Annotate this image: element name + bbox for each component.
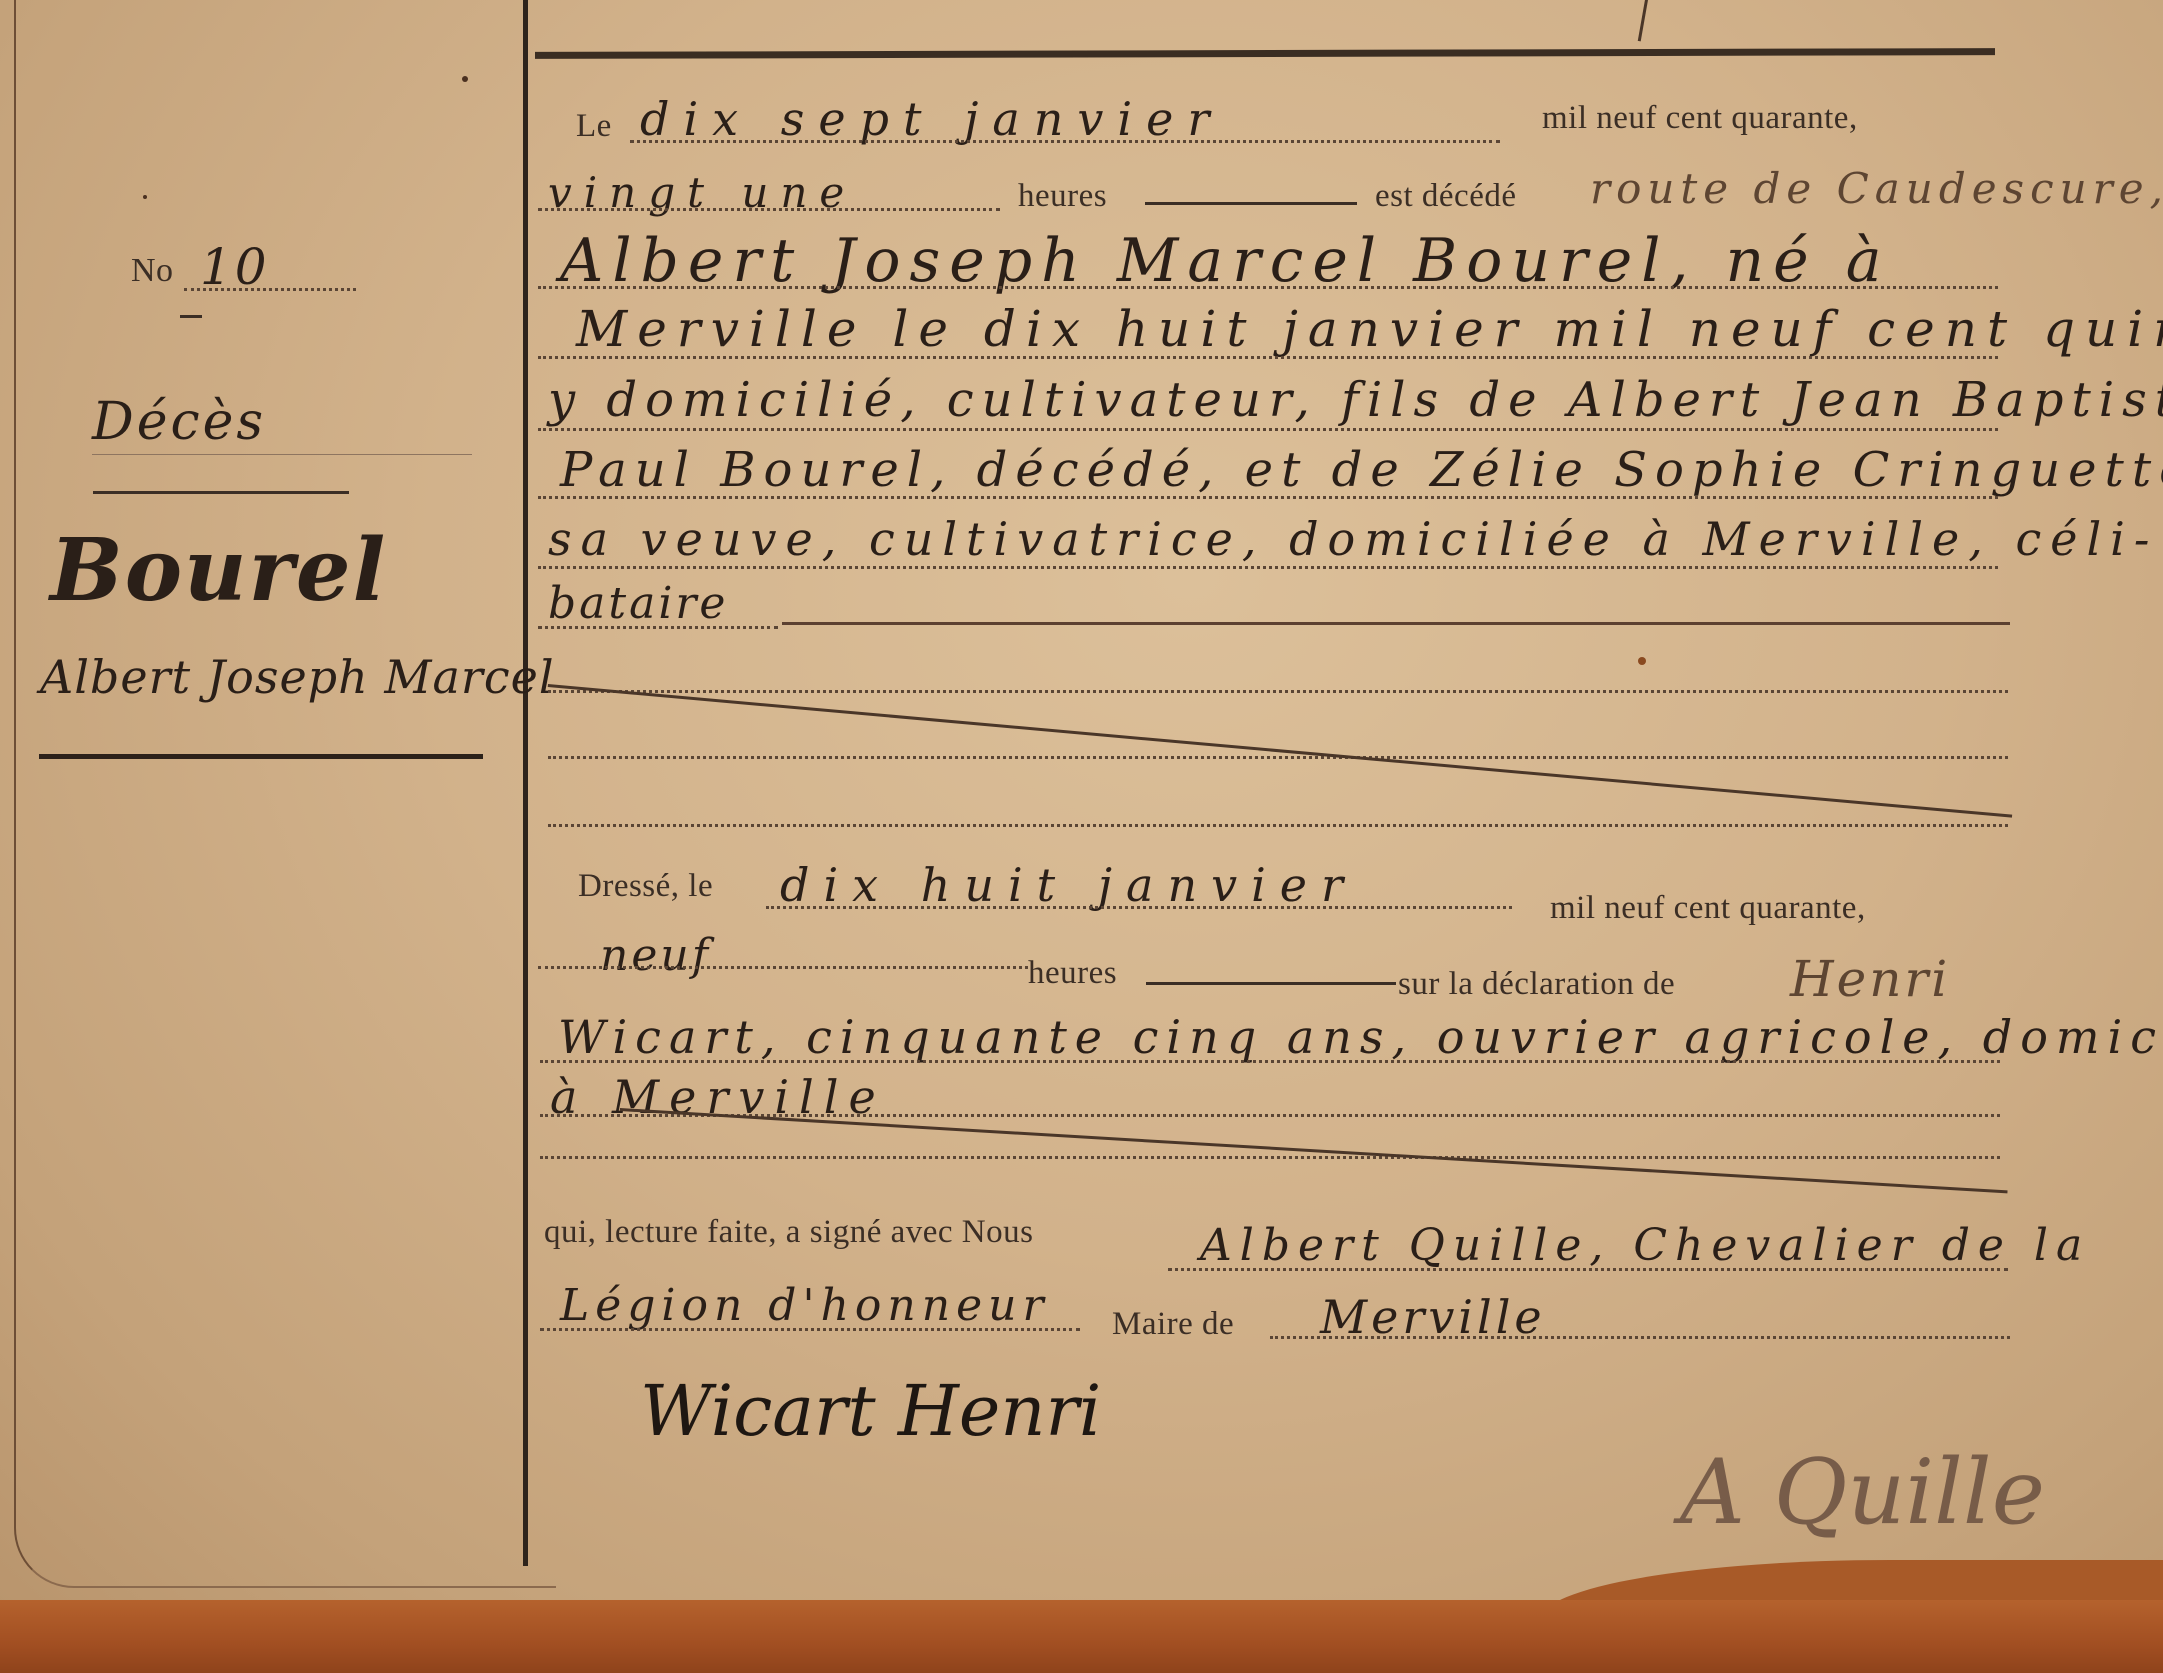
margin-end-rule (39, 754, 483, 759)
mayor-honor: Légion d'honneur (560, 1280, 1050, 1331)
maire-label: Maire de (1112, 1306, 1234, 1343)
mother-line: sa veuve, cultivatrice, domiciliée à Mer… (548, 512, 2158, 566)
dotted-line (538, 966, 1028, 969)
dotted-line (766, 906, 1512, 909)
year-text: mil neuf cent quarante, (1542, 100, 1858, 137)
dotted-line (538, 428, 1998, 431)
record-date: dix huit janvier (780, 858, 1357, 912)
margin-column-border (14, 0, 556, 1588)
mayor-signature: A Quille (1680, 1440, 2045, 1545)
parents-line-1: y domicilié, cultivateur, fils de Albert… (548, 372, 2163, 428)
mayor-name: Albert Quille, Chevalier de la (1200, 1220, 2090, 1271)
dotted-line (540, 1328, 1080, 1331)
dotted-line (538, 208, 1000, 211)
dotted-line (1168, 1268, 2008, 1271)
parents-line-2: Paul Bourel, décédé, et de Zélie Sophie … (560, 442, 2163, 498)
heures-label-2: heures (1028, 955, 1117, 992)
minutes-blank-2 (1146, 982, 1396, 985)
heures-label: heures (1018, 178, 1107, 215)
dotted-line (548, 756, 2008, 759)
given-names: Albert Joseph Marcel (40, 650, 555, 704)
declarant-first-name: Henri (1790, 950, 1950, 1008)
year-text-2: mil neuf cent quarante, (1550, 890, 1866, 927)
fill-line (782, 622, 2010, 625)
status-line: bataire (548, 578, 728, 629)
dotted-line (538, 356, 1998, 359)
surname: Bourel (50, 520, 387, 621)
le-label: Le (576, 108, 612, 145)
column-divider (523, 0, 528, 1566)
dash (180, 315, 202, 318)
dotted-line (540, 1060, 2000, 1063)
record-type: Décès (92, 392, 266, 452)
lecture-text: qui, lecture faite, a signé avec Nous (544, 1214, 1033, 1251)
dotted-line (548, 690, 2008, 693)
ink-speck (462, 76, 468, 82)
number-dotted-line (184, 288, 356, 291)
birth-line: Merville le dix huit janvier mil neuf ce… (576, 300, 2163, 358)
record-hour: neuf (600, 930, 711, 981)
separator-line (93, 491, 349, 494)
ink-speck (1638, 657, 1646, 665)
dotted-line (548, 824, 2008, 827)
death-place: route de Caudescure, (1590, 164, 2163, 213)
ink-speck (143, 195, 147, 199)
dotted-line (538, 496, 1998, 499)
declaration-label: sur la déclaration de (1398, 966, 1675, 1003)
death-date: dix sept janvier (640, 92, 1223, 146)
faint-line (92, 454, 472, 455)
dotted-line (538, 566, 1998, 569)
dotted-line (538, 286, 1998, 289)
minutes-blank (1145, 202, 1357, 205)
declarant-line: Wicart, cinquante cinq ans, ouvrier agri… (558, 1010, 2163, 1064)
decede-label: est décédé (1375, 178, 1517, 215)
dotted-line (540, 1156, 2000, 1159)
dresse-label: Dressé, le (578, 868, 713, 905)
dotted-line (538, 626, 778, 629)
number-label: No (131, 252, 174, 290)
wood-surface (0, 1600, 2163, 1673)
dotted-line (630, 140, 1500, 143)
dotted-line (1270, 1336, 2010, 1339)
declarant-signature: Wicart Henri (640, 1370, 1101, 1452)
